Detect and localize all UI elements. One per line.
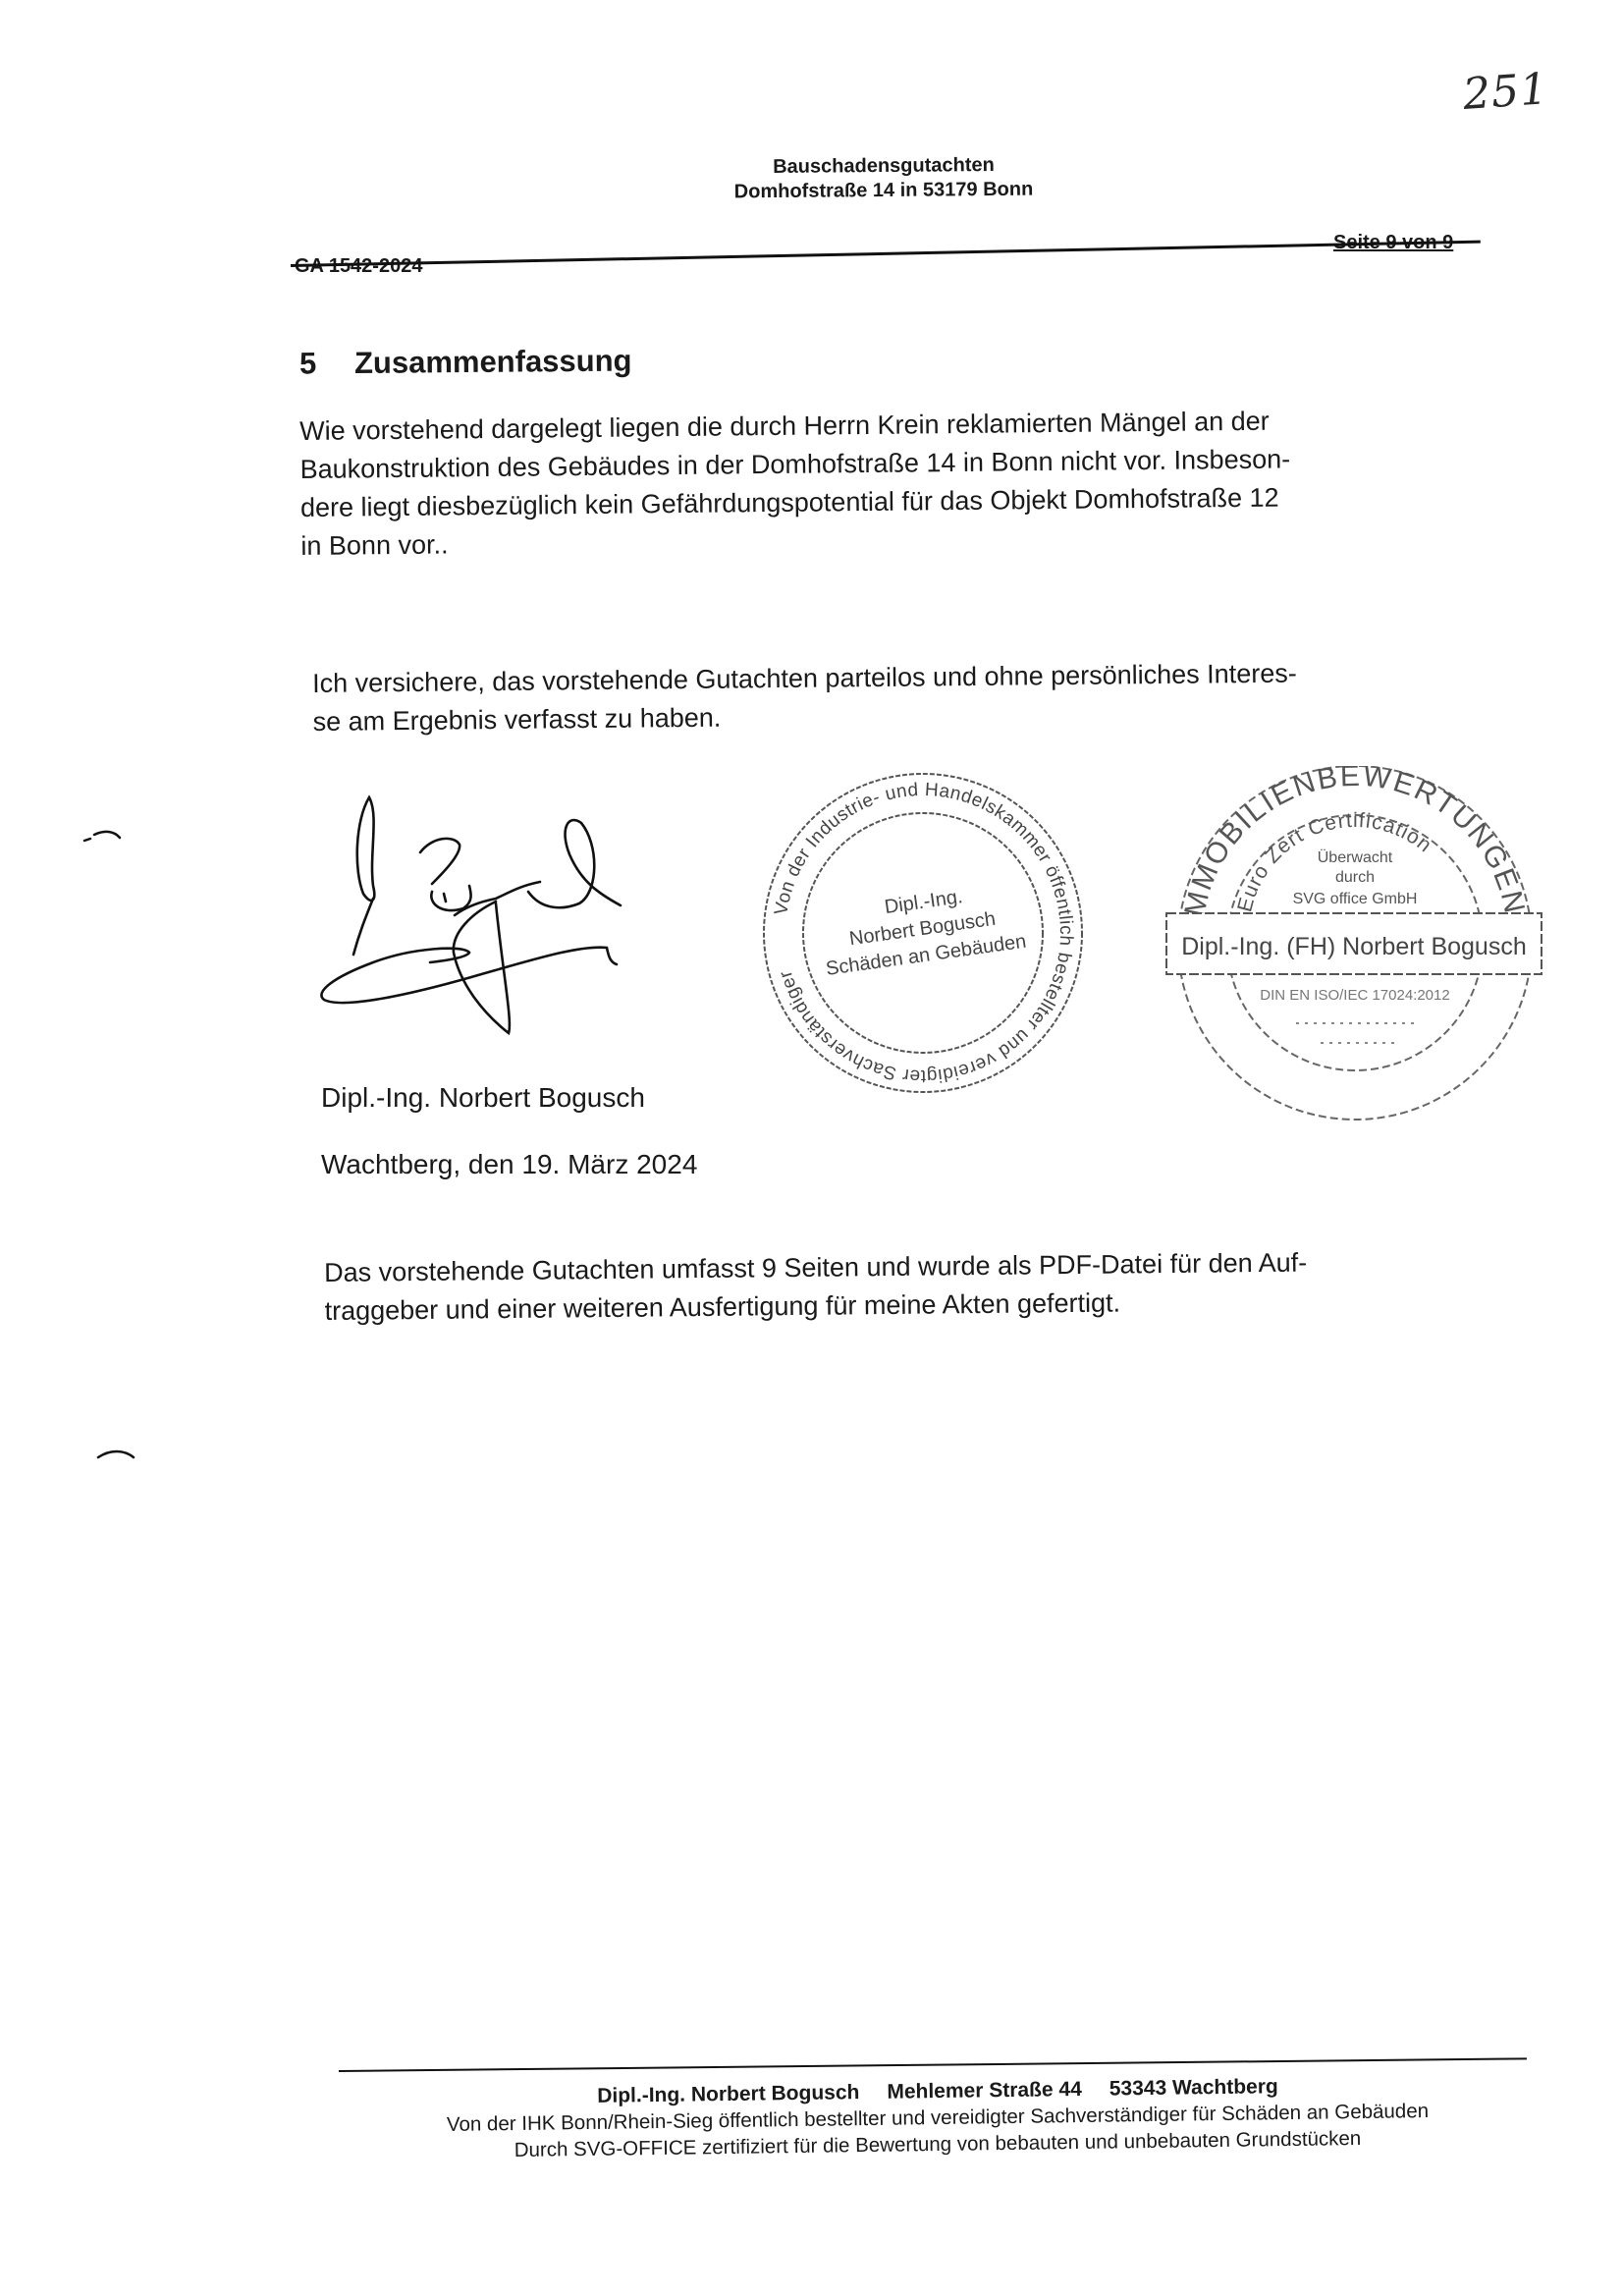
signer-name: Dipl.-Ing. Norbert Bogusch [321, 1082, 645, 1114]
handwritten-page-number: 251 [1461, 64, 1549, 120]
footer-divider [339, 2057, 1527, 2072]
stamp-banner-name: Dipl.-Ing. (FH) Norbert Bogusch [1181, 933, 1527, 960]
ihk-seal-stamp-icon: Von der Industrie- und Handelskammer öff… [746, 766, 1100, 1100]
final-note-paragraph: Das vorstehende Gutachten umfasst 9 Seit… [324, 1241, 1513, 1331]
summary-paragraph: Wie vorstehend dargelegt liegen die durc… [299, 400, 1489, 566]
declaration-paragraph: Ich versichere, das vorstehende Gutachte… [312, 652, 1501, 741]
handwritten-signature-icon [295, 776, 648, 1061]
stamp-center-line: Überwacht [1318, 848, 1393, 866]
stamp-center-line: durch [1335, 869, 1375, 886]
signature-place-date: Wachtberg, den 19. März 2024 [321, 1149, 697, 1180]
section-heading: 5Zusammenfassung [299, 344, 632, 382]
section-number: 5 [299, 346, 354, 381]
footer-city: 53343 Wachtberg [1109, 2075, 1278, 2100]
stamp-center-line: SVG office GmbH [1293, 891, 1418, 907]
punch-mark-icon [77, 825, 135, 854]
section-title: Zusammenfassung [354, 344, 632, 380]
certification-stamp-icon: IMMOBILIENBEWERTUNGEN Euro Zert Certific… [1159, 766, 1551, 1129]
footer-street: Mehlemer Straße 44 [887, 2078, 1082, 2104]
punch-mark-icon [90, 1444, 149, 1473]
footer-name: Dipl.-Ing. Norbert Bogusch [597, 2081, 859, 2107]
header-divider [291, 241, 1481, 267]
stamp-lower-line: DIN EN ISO/IEC 17024:2012 [1260, 987, 1449, 1004]
